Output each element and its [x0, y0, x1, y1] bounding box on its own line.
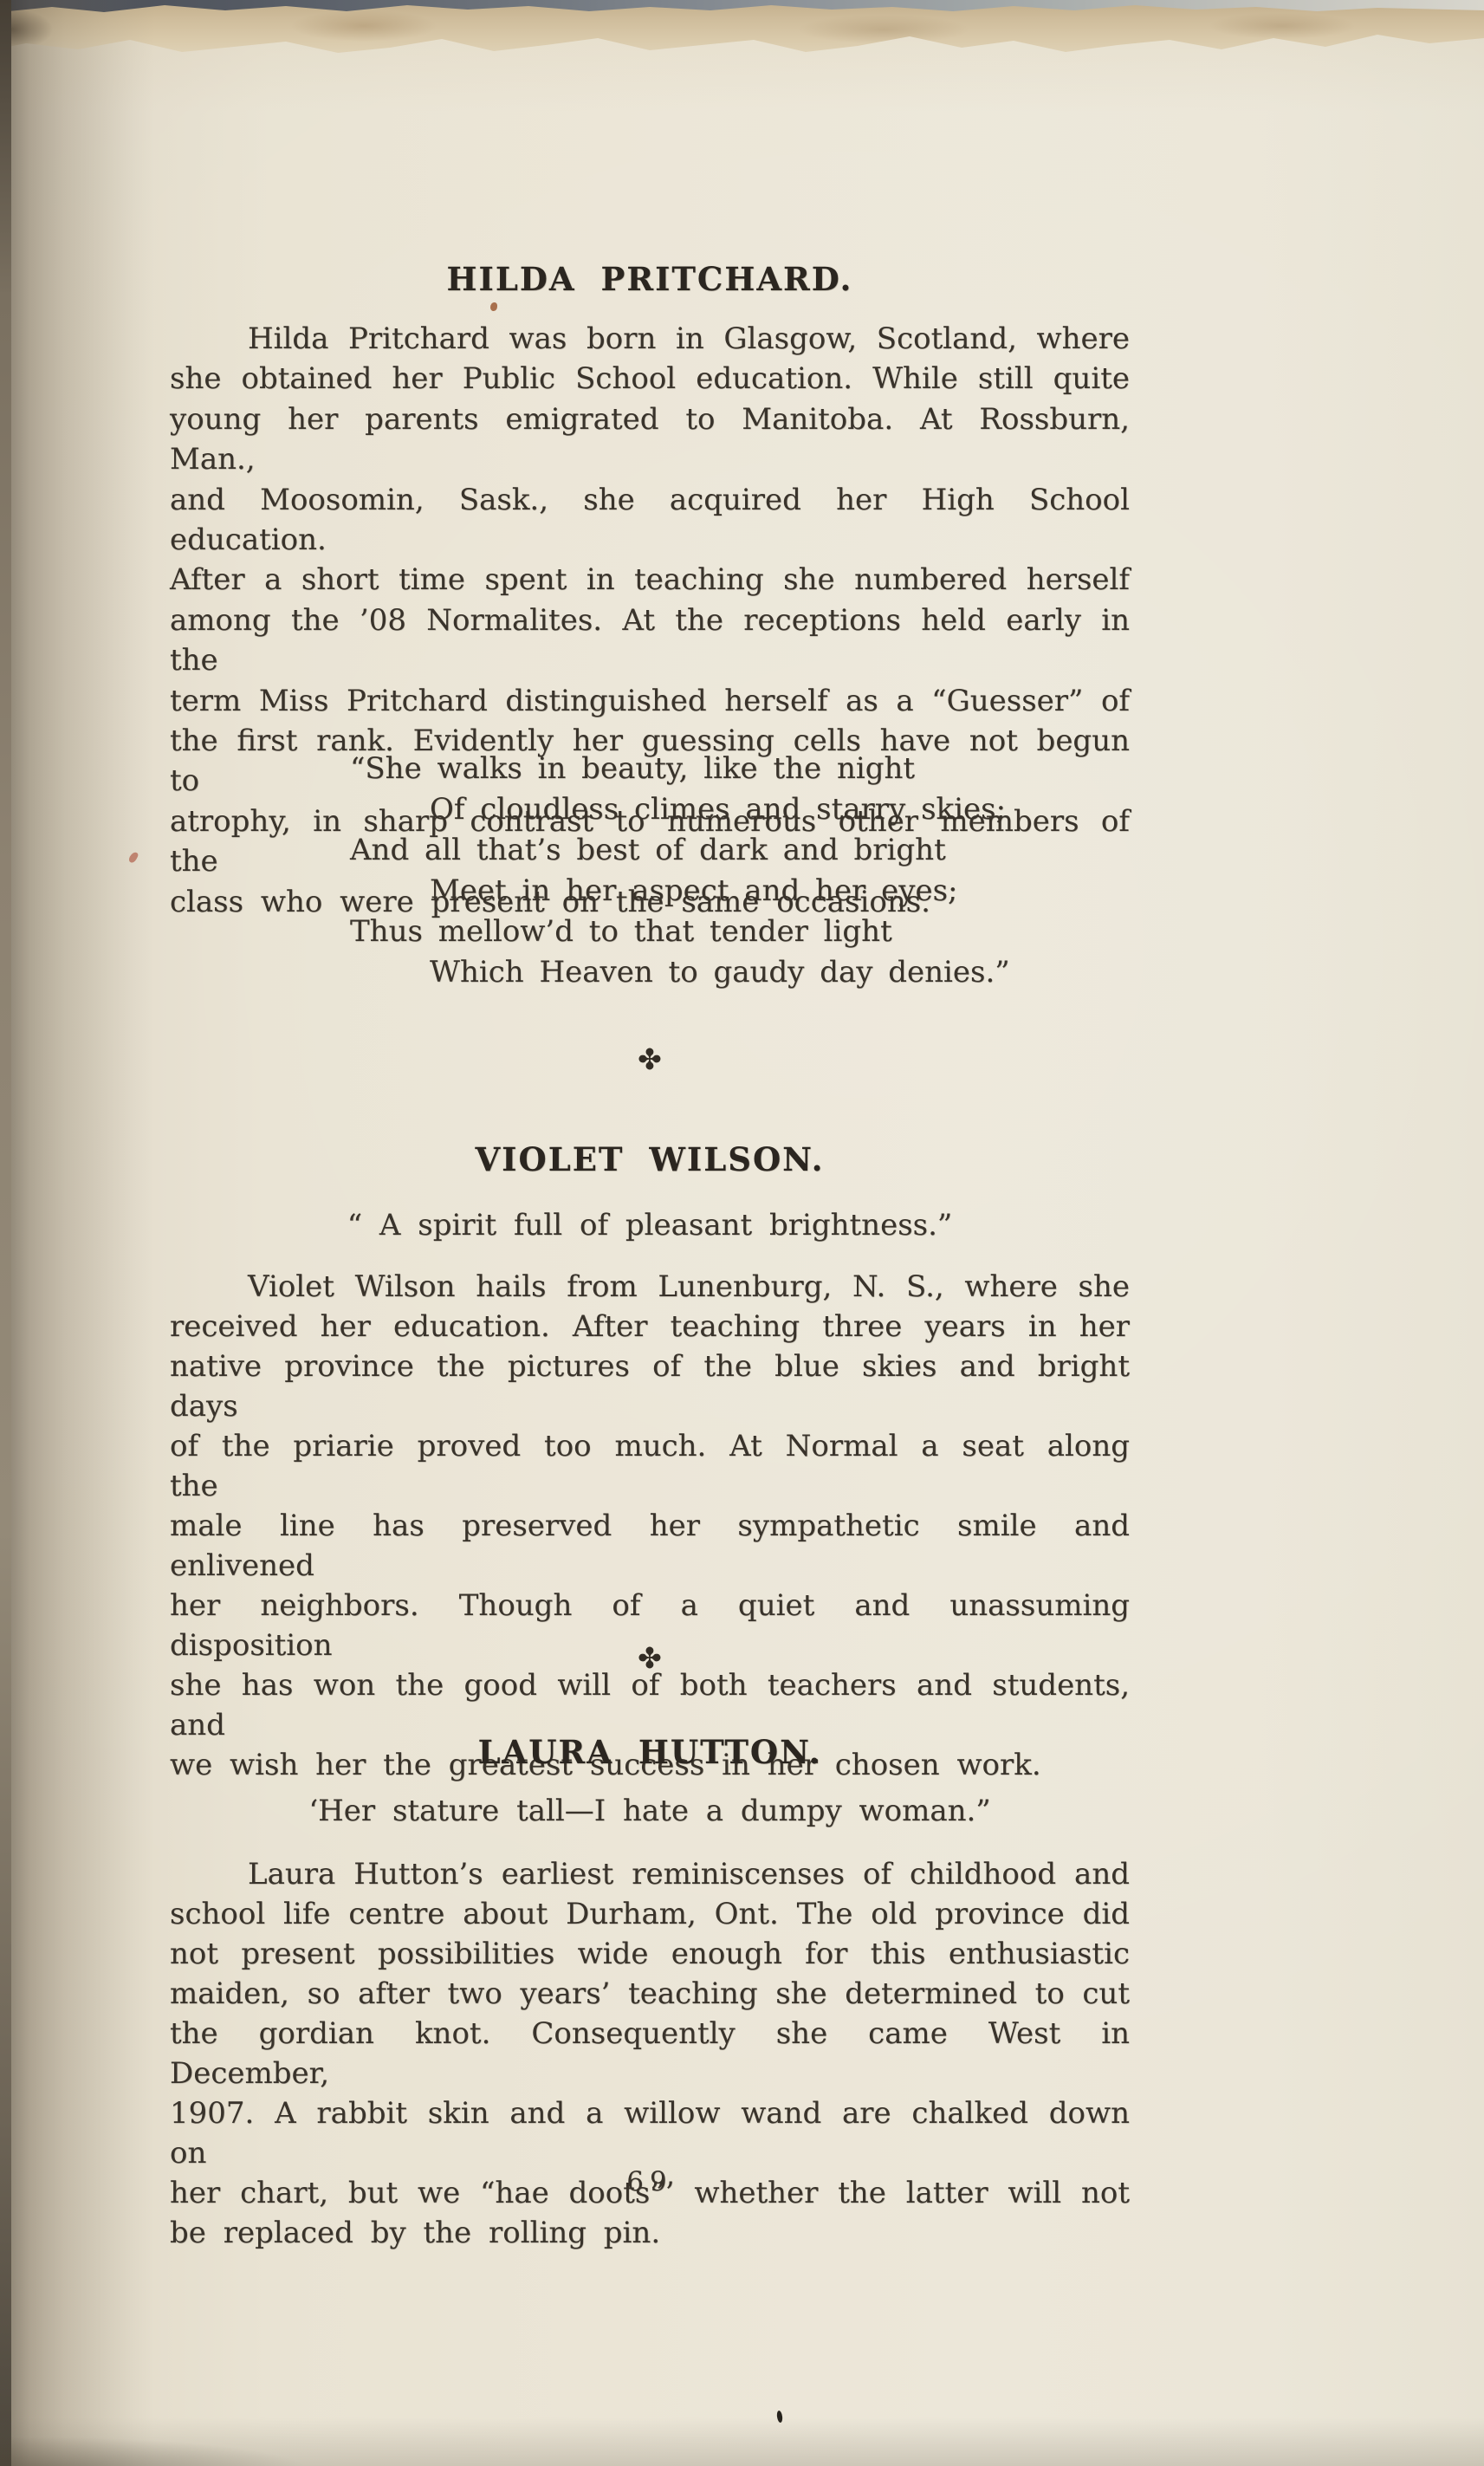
body-line: received her education. After teaching t…: [170, 1307, 1130, 1347]
body-line: young her parents emigrated to Manitoba.…: [170, 399, 1130, 480]
section-heading-violet-wilson: VIOLET WILSON.: [170, 1140, 1130, 1178]
body-line: not present possibilities wide enough fo…: [170, 1934, 1130, 1974]
scanned-page: HILDA PRITCHARD. Hilda Pritchard was bor…: [0, 0, 1484, 2466]
body-line: Laura Hutton’s earliest reminiscenses of…: [170, 1854, 1130, 1894]
body-line: be replaced by the rolling pin.: [170, 2213, 1130, 2253]
poem-line: Thus mellow’d to that tender light: [350, 912, 1010, 952]
body-line: the gordian knot. Consequently she came …: [170, 2014, 1130, 2093]
poem-line: “She walks in beauty, like the night: [350, 749, 1010, 789]
body-line: she obtained her Public School education…: [170, 359, 1130, 399]
body-line: Violet Wilson hails from Lunenburg, N. S…: [170, 1267, 1130, 1307]
epigraph-quote: “ A spirit full of pleasant brightness.”: [170, 1208, 1130, 1243]
fleuron-ornament-icon: ✤: [170, 1641, 1130, 1675]
body-line: 1907. A rabbit skin and a willow wand ar…: [170, 2093, 1130, 2173]
section-heading-laura-hutton: LAURA HUTTON.: [170, 1733, 1130, 1771]
section-heading-hilda-pritchard: HILDA PRITCHARD.: [170, 260, 1130, 298]
text-block: HILDA PRITCHARD. Hilda Pritchard was bor…: [170, 0, 1130, 2466]
body-line: of the priarie proved too much. At Norma…: [170, 1426, 1130, 1506]
book-binding-edge: [0, 0, 11, 2466]
body-line: maiden, so after two years’ teaching she…: [170, 1974, 1130, 2014]
book-gutter-shadow: [0, 0, 156, 2466]
body-line: school life centre about Durham, Ont. Th…: [170, 1894, 1130, 1934]
body-line: male line has preserved her sympathetic …: [170, 1506, 1130, 1586]
poem-line: Which Heaven to gaudy day denies.”: [350, 952, 1010, 993]
body-line: After a short time spent in teaching she…: [170, 560, 1130, 600]
poem-she-walks-in-beauty: “She walks in beauty, like the night Of …: [350, 749, 1010, 993]
poem-line: And all that’s best of dark and bright: [350, 830, 1010, 871]
epigraph-quote: ‘Her stature tall—I hate a dumpy woman.”: [170, 1794, 1130, 1828]
poem-line: Of cloudless climes and starry skies;: [350, 789, 1010, 830]
body-line: Hilda Pritchard was born in Glasgow, Sco…: [170, 319, 1130, 359]
paragraph-violet-wilson: Violet Wilson hails from Lunenburg, N. S…: [170, 1267, 1130, 1785]
page-number: 69: [170, 2166, 1130, 2197]
body-line: among the ’08 Normalites. At the recepti…: [170, 600, 1130, 681]
poem-line: Meet in her aspect and her eyes;: [350, 871, 1010, 912]
body-line: native province the pictures of the blue…: [170, 1347, 1130, 1426]
body-line: and Moosomin, Sask., she acquired her Hi…: [170, 480, 1130, 561]
fleuron-ornament-icon: ✤: [170, 1042, 1130, 1076]
body-line: term Miss Pritchard distinguished hersel…: [170, 681, 1130, 721]
